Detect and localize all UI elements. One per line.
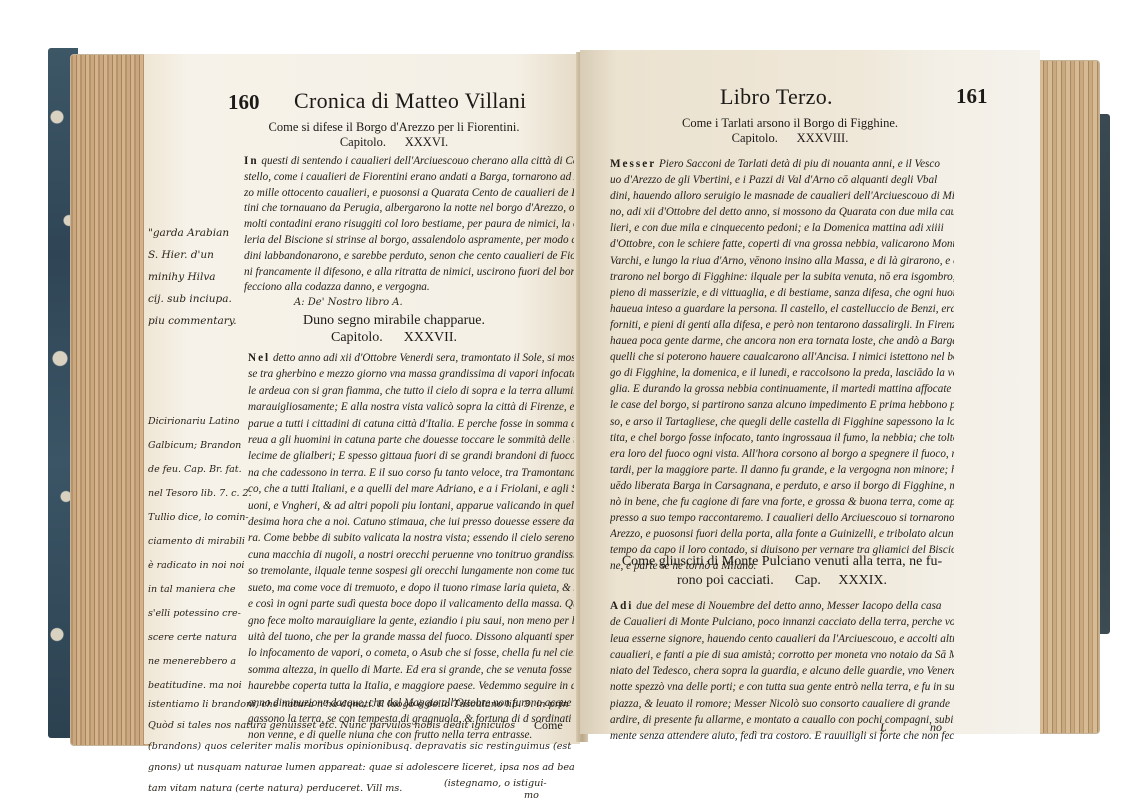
page-number-left: 160 [228,90,260,115]
text-line: stello, come i caualieri de Fiorentini e… [244,170,574,186]
text-line: molti contadini erano risuggiti col loro… [244,217,574,233]
text-line: lieri, e con due mila e cinquecento pedo… [610,220,954,236]
text-line: parue a tutti i cittadini di catuna citt… [248,416,574,432]
text-line: haurebbe coperta tutta la Italia, e magg… [248,678,574,694]
text-line: ra. Come bebbe di subito valicata la nos… [248,530,574,546]
chapter-title: Come si difese il Borgo d'Arezzo per li … [244,120,544,135]
chapter-title: Come i Tarlati arsono il Borgo di Figghi… [640,116,940,131]
text-line: uoni, e Vngheri, & ad altri popoli piu l… [248,498,574,514]
text-line: ardire, di presente fu allarme, e montat… [610,712,954,728]
chapter-number: Cap. XXXIX. [795,573,887,588]
running-head-left: Cronica di Matteo Villani [294,88,526,114]
note-line: gnons) ut nusquam naturae lumen appareat… [148,757,575,778]
note-line: piu commentary. [148,310,237,332]
text-line: pieno di masserizie, e di vittuaglia, e … [610,285,954,301]
note-line: de feu. Cap. Br. fat. [148,458,252,482]
text-line: Piero Sacconi de Tarlati detà di piu di … [659,158,940,170]
chapter-heading-38: Come i Tarlati arsono il Borgo di Figghi… [640,116,940,146]
note-line: s'elli potessino cre- [148,602,252,626]
note-line: minihy Hilva [148,266,237,288]
note-line: ne menerebbero a [148,650,252,674]
drop-cap: Messer [610,158,656,170]
right-page: Libro Terzo. 161 Come i Tarlati arsono i… [580,50,1040,734]
page-number-right: 161 [956,84,988,109]
chapter-38-text: Messer Piero Sacconi de Tarlati detà di … [610,156,954,574]
handwritten-bottom-right-note: (istegnamo, o istigui- mo [444,778,547,800]
text-line: dini labbandonarono, e sarebbe perduto, … [244,249,574,265]
note-line: in tal maniera che [148,578,252,602]
text-line: caualieri, e fanti a pie di sua amistà; … [610,647,954,663]
text-line: le ardeua con si gran fiamma, che tutto … [248,383,574,399]
text-line: uēdo liberata Barga in Carsagnana, e per… [610,478,954,494]
note-line: scere certe natura [148,626,252,650]
text-line: questi di sentendo i caualieri dell'Arci… [261,155,574,167]
note-line: è radicato in noi noi [148,554,252,578]
catchword-left: Come [534,718,563,733]
text-line: tardi, per la maggiore parte. Il danno f… [610,462,954,478]
note-line: (brandons) quos celeriter malis moribus … [148,736,575,757]
open-book: 160 Cronica di Matteo Villani Come si di… [48,44,1110,754]
text-line: glia. E durando la grossa nebbia continu… [610,381,954,397]
text-line: quelli che si poterono hauere caualcaron… [610,349,954,365]
note-line: Dicirionariu Latino [148,410,252,434]
text-line: mente senza attendere aiuto, fedì tra co… [610,728,954,744]
note-line: cij. sub inciupa. [148,288,237,310]
chapter-heading-37: Duno segno mirabile chapparue. Capitolo.… [244,312,544,346]
text-line: le case del borgo, si partirono sanza al… [610,397,954,413]
text-line: so, e arso il Tartagliese, che quegli de… [610,414,954,430]
text-line: uità del tuono, che per la grande massa … [248,629,574,645]
chapter-title-line2: rono poi cacciati. [677,573,774,588]
text-line: gno fece molto marauigliare la gente, ez… [248,613,574,629]
chapter-heading-36: Come si difese il Borgo d'Arezzo per li … [244,120,544,150]
text-line: hauea poca gente darme, che ancora non e… [610,333,954,349]
page-edges-left [70,54,152,746]
text-line: sueto, ma come voce di tremuoto, e dopo … [248,580,574,596]
text-line: d'Ottobre, con le schiere fatte, coperti… [610,236,954,252]
note-line: istentiamo li brandoni, che natura n'ha … [148,694,575,715]
text-line: co, che a tutti Italiani, e a quelli del… [248,481,574,497]
text-line: marauigliosamente; E alla nostra vista v… [248,399,574,415]
text-line: de Caualieri di Monte Pulciano, poco inn… [610,614,954,630]
text-line: niato del Tedesco, chera sopra la guardi… [610,663,954,679]
chapter-number: Capitolo. XXXVII. [244,329,544,346]
text-line: lo infocamento de vapori, o cometa, o As… [248,645,574,661]
note-line: nel Tesoro lib. 7. c. 2. [148,482,252,506]
text-line: presso a suo tempo raccontaremo. I caual… [610,510,954,526]
chapter-number: Capitolo. XXXVIII. [640,131,940,146]
text-line: trarono nel borgo di Figghine: ilquale p… [610,269,954,285]
text-line: nò in bene, che fu cagione di fare vna f… [610,494,954,510]
text-line: haueua inteso a guardare la persona. Il … [610,301,954,317]
text-line: lecime de glialberi; E spesso gittaua fu… [248,448,574,464]
text-line: forniti, e pieni di genti alla difesa, e… [610,317,954,333]
text-line: reua a gli huomini in catuna parte che d… [248,432,574,448]
text-line: leua esserne signore, hauendo cento caua… [610,631,954,647]
text-line: cuna macchia di nugoli, a nostri orecchi… [248,547,574,563]
text-line: se tra gherbino e mezzo giorno vna massa… [248,366,574,382]
note-line: Quòd si tales nos natura genuisset etc. … [148,715,575,736]
chapter-heading-39: Come gliusciti di Monte Pulciano venuti … [610,552,954,590]
text-line: na che cadessono in terra. E il suo cors… [248,465,574,481]
chapter-37-text: Nel detto anno adi xii d'Ottobre Venerdi… [248,350,574,744]
text-line: detto anno adi xii d'Ottobre Venerdi ser… [273,352,574,364]
left-page: 160 Cronica di Matteo Villani Come si di… [144,54,580,744]
text-line: tita, e chel borgo fosse infocato, tanto… [610,430,954,446]
text-line: somma altezza, in quello di Marte. Ed er… [248,662,574,678]
text-line: so tremolante, ilquale tenne sospesi gli… [248,563,574,579]
running-head-right: Libro Terzo. [720,84,833,110]
note-line: mo [444,790,547,800]
chapter-title-cont: rono poi cacciati. Cap. XXXIX. [610,571,954,590]
text-line: zo mille ottocento caualieri, e puosonsi… [244,186,574,202]
note-line: ciamento di mirabili [148,530,252,554]
handwritten-top-margin-note: "garda Arabian S. Hier. d'un minihy Hilv… [148,222,237,332]
text-line: Varchi, e lungo la riua d'Arno, vēnono i… [610,253,954,269]
chapter-number: Capitolo. XXXVI. [244,135,544,150]
text-line: desima hora che a noi. Catuno stimaua, c… [248,514,574,530]
note-line: (istegnamo, o istigui- [444,778,547,790]
handwritten-side-margin-note: Dicirionariu Latino Galbicum; Brandon de… [148,410,252,698]
text-line: piazza, & leuato il romore; Messer Nicol… [610,696,954,712]
text-line: go di Figghine, la domenica, e il lunedi… [610,365,954,381]
chapter-title: Come gliusciti di Monte Pulciano venuti … [610,552,954,571]
page-edges-right [1034,60,1100,734]
text-line: tini che tornauano da Perugia, albergaro… [244,201,574,217]
note-line: Tullio dice, lo comin- [148,506,252,530]
signature-mark: L [880,720,887,735]
drop-cap: Nel [248,352,270,364]
note-line: S. Hier. d'un [148,244,237,266]
text-line: uo d'Arezzo de gli Vbertini, e i Pazzi d… [610,172,954,188]
chapter-title: Duno segno mirabile chapparue. [244,312,544,329]
text-line: ni francamente il difesono, e alla ritra… [244,265,574,281]
chapter-36-text: In questi di sentendo i caualieri dell'A… [244,154,574,296]
text-line: leria del Biscione si strinse al borgo, … [244,233,574,249]
text-line: dini, hauendo alloro seruigio le masnade… [610,188,954,204]
note-line: Galbicum; Brandon [148,434,252,458]
text-line: due del mese di Nouembre del detto anno,… [636,600,941,612]
drop-cap: In [244,155,259,167]
catchword-right: no [930,720,942,735]
text-line: Arezzo, e puosonsi fuori della porta, al… [610,526,954,542]
text-line: no, adi xii d'Ottobre del detto anno, si… [610,204,954,220]
drop-cap: Adi [610,600,633,612]
note-line: "garda Arabian [148,222,237,244]
chapter-39-text: Adi due del mese di Nouembre del detto a… [610,598,954,745]
text-line: e così in ogni parte sudì questa boce do… [248,596,574,612]
text-line: era loro del fuoco ogni vista. All'hora … [610,446,954,462]
text-line: notte spezzò vna delle porti; e con tutt… [610,679,954,695]
